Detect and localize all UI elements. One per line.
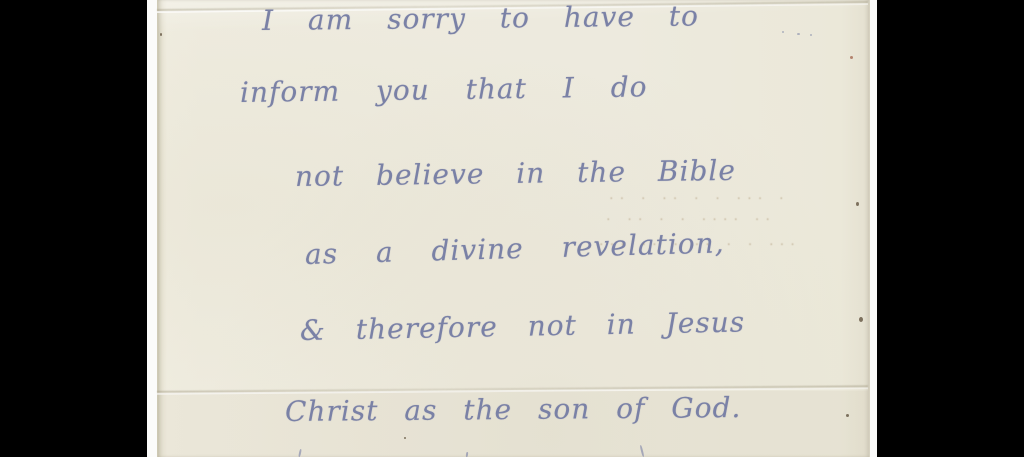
handwritten-line-2: inform you that I do (240, 70, 648, 109)
handwritten-line-6: Christ as the son of God. (285, 391, 742, 429)
handwritten-line-1: I am sorry to have to (262, 0, 699, 38)
letterbox-left-bar (0, 0, 147, 457)
handwritten-line-3: not believe in the Bible (295, 154, 736, 194)
letterbox-right-bar (877, 0, 1024, 457)
scanned-letter-page: I am sorry to have to inform you that I … (0, 0, 1024, 457)
letter-paper (157, 0, 870, 457)
